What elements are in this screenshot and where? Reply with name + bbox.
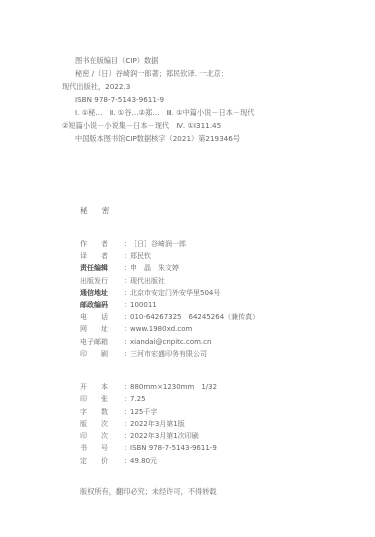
spec-value: 7.25 — [130, 393, 146, 405]
credit-value: xiandai@cnpitc.com.cn — [130, 336, 211, 348]
spec-row-edition: 版 次： 2022年3月第1版 — [80, 418, 217, 430]
credit-row-printer: 印 刷： 三河市宏盛印务有限公司 — [80, 348, 259, 360]
book-title: 秘 密 — [80, 205, 115, 216]
credit-value: 100011 — [130, 299, 157, 311]
spec-value: 125千字 — [130, 406, 157, 418]
spec-value: 2022年3月第1次印刷 — [130, 430, 199, 442]
spec-row-sheets: 印 张： 7.25 — [80, 393, 217, 405]
spec-value: 2022年3月第1版 — [130, 418, 185, 430]
spec-row-isbn: 书 号： ISBN 978-7-5143-9611-9 — [80, 442, 217, 454]
credit-label: 印 刷 — [80, 348, 124, 360]
spec-row-format: 开 本： 880mm×1230mm 1/32 — [80, 381, 217, 393]
cip-line-title: 秘密 /（日）谷崎润一郎著；郑民钦译. 一北京： — [62, 67, 352, 80]
credit-value: 郑民钦 — [130, 250, 151, 262]
credit-label: 出版发行 — [80, 275, 124, 287]
credit-value: ［日］谷崎润一郎 — [130, 238, 186, 250]
spec-row-word-count: 字 数： 125千字 — [80, 406, 217, 418]
spec-row-price: 定 价： 49.80元 — [80, 455, 217, 467]
credit-label: 邮政编码 — [80, 299, 124, 311]
credit-label: 网 址 — [80, 323, 124, 335]
spec-label: 开 本 — [80, 381, 124, 393]
credit-value: www.1980xd.com — [130, 323, 192, 335]
credit-row-publisher: 出版发行： 现代出版社 — [80, 275, 259, 287]
credit-label: 译 者 — [80, 250, 124, 262]
spec-label: 印 次 — [80, 430, 124, 442]
spec-label: 版 次 — [80, 418, 124, 430]
copyright-page: 图书在版编目（CIP）数据 秘密 /（日）谷崎润一郎著；郑民钦译. 一北京： 现… — [0, 0, 375, 537]
spec-value: 49.80元 — [130, 455, 157, 467]
spec-label: 书 号 — [80, 442, 124, 454]
credit-label: 作 者 — [80, 238, 124, 250]
credit-value: 北京市安定门外安华里504号 — [130, 287, 220, 299]
credit-row-phone: 电 话： 010-64267325 64245264（兼传真） — [80, 311, 259, 323]
credit-value: 三河市宏盛印务有限公司 — [130, 348, 207, 360]
credit-row-postcode: 邮政编码： 100011 — [80, 299, 259, 311]
cip-line-classification-1: Ⅰ. ①秘… Ⅱ. ①谷…②郑… Ⅲ. ①中篇小说－日本－现代 — [62, 106, 352, 119]
credit-row-editor: 责任编辑： 申 晶 朱文婷 — [80, 262, 259, 274]
credit-value: 申 晶 朱文婷 — [130, 262, 179, 274]
spec-label: 印 张 — [80, 393, 124, 405]
credit-value: 010-64267325 64245264（兼传真） — [130, 311, 259, 323]
credit-value: 现代出版社 — [130, 275, 165, 287]
cip-heading: 图书在版编目（CIP）数据 — [62, 54, 352, 67]
credit-label: 通信地址 — [80, 287, 124, 299]
spec-row-printing: 印 次： 2022年3月第1次印刷 — [80, 430, 217, 442]
spec-value: ISBN 978-7-5143-9611-9 — [130, 442, 217, 454]
credits-block: 作 者： ［日］谷崎润一郎 译 者： 郑民钦 责任编辑： 申 晶 朱文婷 出版发… — [80, 238, 259, 360]
copyright-notice: 版权所有，翻印必究；未经许可，不得转载 — [80, 487, 217, 497]
cip-line-isbn: ISBN 978-7-5143-9611-9 — [62, 93, 352, 106]
credit-label: 责任编辑 — [80, 262, 124, 274]
credit-row-translator: 译 者： 郑民钦 — [80, 250, 259, 262]
spec-value: 880mm×1230mm 1/32 — [130, 381, 217, 393]
cip-line-classification-2: ②短篇小说－小说集－日本－现代 Ⅳ. ①I311.45 — [62, 119, 352, 132]
credit-row-email: 电子邮箱： xiandai@cnpitc.com.cn — [80, 336, 259, 348]
credit-row-address: 通信地址： 北京市安定门外安华里504号 — [80, 287, 259, 299]
credit-row-website: 网 址： www.1980xd.com — [80, 323, 259, 335]
credit-row-author: 作 者： ［日］谷崎润一郎 — [80, 238, 259, 250]
cip-line-publisher: 现代出版社，2022.3 — [62, 80, 352, 93]
cip-line-record-number: 中国版本图书馆CIP数据核字（2021）第219346号 — [62, 132, 352, 145]
spec-label: 定 价 — [80, 455, 124, 467]
cip-data-block: 图书在版编目（CIP）数据 秘密 /（日）谷崎润一郎著；郑民钦译. 一北京： 现… — [62, 54, 352, 145]
spec-label: 字 数 — [80, 406, 124, 418]
credit-label: 电子邮箱 — [80, 336, 124, 348]
credit-label: 电 话 — [80, 311, 124, 323]
specs-block: 开 本： 880mm×1230mm 1/32 印 张： 7.25 字 数： 12… — [80, 381, 217, 467]
